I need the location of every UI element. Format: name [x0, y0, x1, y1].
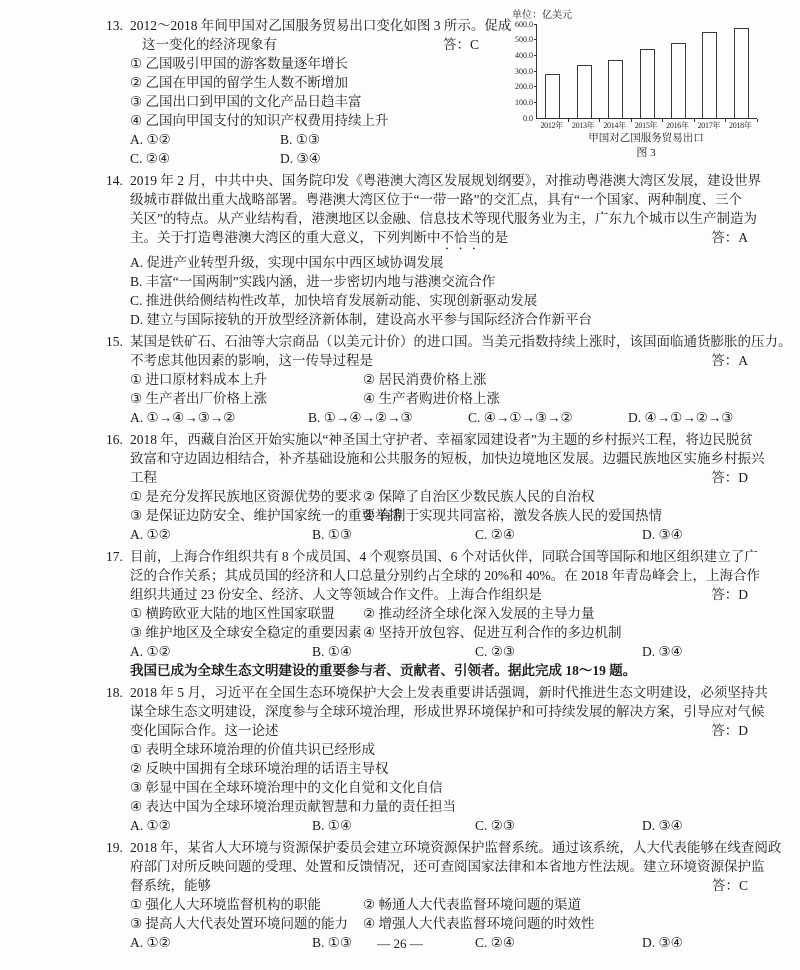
option-item: ① 强化人大环境监督机构的职能 [130, 895, 363, 914]
option-item: ④ 有利于实现共同富裕，激发各族人民的爱国热情 [363, 506, 756, 525]
stem-line: 目前，上海合作组织共有 8 个成员国、4 个观察员国、6 个对话伙伴，同联合国等… [130, 547, 756, 566]
choice-item: B. ①④ [312, 642, 475, 661]
stem-line: 某国是铁矿石、石油等大宗商品（以美元计价）的进口国。当美元指数持续上涨时，该国面… [130, 332, 756, 351]
option-grid: ① 强化人大环境监督机构的职能 ② 畅通人大代表监督环境问题的渠道 ③ 提高人大… [130, 895, 756, 933]
answer-label: 答：A [711, 351, 748, 370]
x-axis-tick [757, 119, 758, 122]
stem-line: 督系统，能够 [130, 876, 756, 895]
option-item: ④ 乙国向甲国支付的知识产权费用持续上升 [130, 111, 756, 130]
choice-item: C. 推进供给侧结构性改革，加快培育发展新动能、实现创新驱动发展 [130, 291, 756, 310]
choice-item: A. ①② [130, 816, 312, 835]
choice-grid: A. ①② B. ①③ C. ②④ D. ③④ [130, 130, 460, 168]
question-18: 18. 2018 年 5 月，习近平在全国生态环境保护大会上发表重要讲话强调，新… [100, 683, 756, 835]
option-list: ① 表明全球环境治理的价值共识已经形成 ② 反映中国拥有全球环境治理的话语主导权… [130, 740, 756, 816]
choice-item: A. ①② [130, 130, 280, 149]
question-13: 13. 2012～2018 年间甲国对乙国服务贸易出口变化如图 3 所示。促成 … [100, 16, 756, 168]
question-number: 16. [106, 430, 123, 449]
emphasized-text: 不恰当 [441, 230, 482, 245]
question-number: 18. [106, 683, 123, 702]
choice-item: D. ③④ [642, 525, 756, 544]
question-number: 17. [106, 547, 123, 566]
stem-line: 组织共通过 23 份安全、经济、人文等领域合作文件。上海合作组织是 [130, 585, 756, 604]
choice-item: A. ①② [130, 525, 312, 544]
question-number: 14. [106, 171, 123, 190]
stem-line: 泛的合作关系；其成员国的经济和人口总量分别约占全球的 20%和 40%。在 20… [130, 566, 756, 585]
stem-line: 谋全球生态文明建设，深度参与全球环境治理，形成世界环境保护和可持续发展的解决方案… [130, 702, 756, 721]
option-item: ② 居民消费价格上涨 [363, 370, 756, 389]
answer-label: 答：A [711, 228, 748, 247]
choice-item: D. ③④ [642, 642, 756, 661]
choice-item: D. 建立与国际接轨的开放型经济新体制，建设高水平参与国际经济合作新平台 [130, 310, 756, 329]
option-item: ③ 是保证边防安全、维护国家统一的重要举措 [130, 506, 363, 525]
stem-line: 关区”的特点。从产业结构看，港澳地区以金融、信息技术等现代服务业为主，广东九个城… [130, 209, 756, 228]
stem-line: 2018 年，西藏自治区开始实施以“神圣国土守护者、幸福家园建设者”为主题的乡村… [130, 430, 756, 449]
option-item: ④ 增强人大代表监督环境问题的时效性 [363, 914, 756, 933]
option-item: ① 是充分发挥民族地区资源优势的要求 [130, 487, 363, 506]
answer-label: 答：D [711, 468, 748, 487]
choice-row: A. ①② B. ①④ C. ②③ D. ③④ [130, 816, 756, 835]
question-16: 16. 2018 年，西藏自治区开始实施以“神圣国土守护者、幸福家园建设者”为主… [100, 430, 756, 544]
choice-item: A. 促进产业转型升级，实现中国东中西区域协调发展 [130, 253, 756, 272]
answer-label: 答：D [711, 721, 748, 740]
option-item: ① 进口原材料成本上升 [130, 370, 363, 389]
option-grid: ① 横跨欧亚大陆的地区性国家联盟 ② 推动经济全球化深入发展的主导力量 ③ 维护… [130, 604, 756, 642]
stem-line: 2018 年 5 月，习近平在全国生态环境保护大会上发表重要讲话强调，新时代推进… [130, 683, 756, 702]
passage-lead-in: 我国已成为全球生态文明建设的重要参与者、贡献者、引领者。据此完成 18～19 题… [100, 661, 756, 680]
option-item: ④ 表达中国为全球环境治理贡献智慧和力量的责任担当 [130, 797, 756, 816]
option-item: ④ 坚持开放包容、促进互利合作的多边机制 [363, 623, 756, 642]
question-number: 13. [106, 16, 123, 35]
choice-item: C. ④→①→③→② [468, 408, 628, 427]
choice-list: A. 促进产业转型升级，实现中国东中西区域协调发展 B. 丰富“一国两制”实践内… [130, 253, 756, 329]
choice-item: B. ①→④→②→③ [308, 408, 468, 427]
option-item: ③ 维护地区及全球安全稳定的重要因素 [130, 623, 363, 642]
answer-label: 答：C [443, 35, 479, 54]
option-item: ③ 生产者出厂价格上涨 [130, 389, 363, 408]
option-grid: ① 进口原材料成本上升 ② 居民消费价格上涨 ③ 生产者出厂价格上涨 ④ 生产者… [130, 370, 756, 408]
question-column: 13. 2012～2018 年间甲国对乙国服务贸易出口变化如图 3 所示。促成 … [100, 16, 756, 952]
choice-item: B. ①③ [312, 525, 475, 544]
stem-line: 不考虑其他因素的影响，这一传导过程是 [130, 351, 756, 370]
option-item: ① 横跨欧亚大陆的地区性国家联盟 [130, 604, 363, 623]
question-number: 15. [106, 332, 123, 351]
option-item: ③ 提高人大代表处置环境问题的能力 [130, 914, 363, 933]
stem-line: 工程 [130, 468, 756, 487]
page-number: — 26 — [0, 936, 800, 952]
choice-row: A. ①② B. ①③ C. ②④ D. ③④ [130, 525, 756, 544]
stem-line: 主。关于打造粤港澳大湾区的重大意义，下列判断中不恰当的是 [130, 228, 756, 253]
choice-item: C. ②④ [475, 525, 642, 544]
answer-label: 答：D [711, 585, 748, 604]
stem-line: 变化国际合作。这一论述 [130, 721, 756, 740]
choice-item: D. ④→①→②→③ [628, 408, 756, 427]
option-item: ② 乙国在甲国的留学生人数不断增加 [130, 73, 756, 92]
option-item: ② 推动经济全球化深入发展的主导力量 [363, 604, 756, 623]
choice-item: C. ②④ [130, 149, 280, 168]
question-14: 14. 2019 年 2 月，中共中央、国务院印发《粤港澳大湾区发展规划纲要》，… [100, 171, 756, 329]
option-item: ② 保障了自治区少数民族人民的自治权 [363, 487, 756, 506]
option-item: ① 乙国吸引甲国的游客数量逐年增长 [130, 54, 756, 73]
option-item: ② 畅通人大代表监督环境问题的渠道 [363, 895, 756, 914]
choice-row: A. ①② B. ①④ C. ②③ D. ③④ [130, 642, 756, 661]
stem-line: 级城市群做出重大战略部署。粤港澳大湾区位于“一带一路”的交汇点，具有“一个国家、… [130, 190, 756, 209]
answer-label: 答：C [712, 876, 748, 895]
choice-item: D. ③④ [642, 816, 756, 835]
option-item: ③ 乙国出口到甲国的文化产品日趋丰富 [130, 92, 756, 111]
stem-line: 2019 年 2 月，中共中央、国务院印发《粤港澳大湾区发展规划纲要》，对推动粤… [130, 171, 756, 190]
choice-item: B. 丰富“一国两制”实践内涵，进一步密切内地与港澳交流合作 [130, 272, 756, 291]
stem-line: 2012～2018 年间甲国对乙国服务贸易出口变化如图 3 所示。促成 [130, 16, 756, 35]
choice-item: C. ②③ [475, 642, 642, 661]
choice-item: D. ③④ [280, 149, 460, 168]
choice-item: A. ①→④→③→② [130, 408, 308, 427]
choice-item: C. ②③ [475, 816, 642, 835]
choice-item: B. ①④ [312, 816, 475, 835]
option-item: ① 表明全球环境治理的价值共识已经形成 [130, 740, 756, 759]
choice-item: A. ①② [130, 642, 312, 661]
option-item: ③ 彰显中国在全球环境治理中的文化自觉和文化自信 [130, 778, 756, 797]
question-19: 19. 2018 年，某省人大环境与资源保护委员会建立环境资源保护监督系统。通过… [100, 838, 756, 952]
choice-item: B. ①③ [280, 130, 460, 149]
choice-row: A. ①→④→③→② B. ①→④→②→③ C. ④→①→③→② D. ④→①→… [130, 408, 756, 427]
question-15: 15. 某国是铁矿石、石油等大宗商品（以美元计价）的进口国。当美元指数持续上涨时… [100, 332, 756, 427]
stem-line: 致富和守边固边相结合，补齐基础设施和公共服务的短板，加快边境地区发展。边疆民族地… [130, 449, 756, 468]
question-number: 19. [106, 838, 123, 857]
option-list: ① 乙国吸引甲国的游客数量逐年增长 ② 乙国在甲国的留学生人数不断增加 ③ 乙国… [130, 54, 756, 130]
question-17: 17. 目前，上海合作组织共有 8 个成员国、4 个观察员国、6 个对话伙伴，同… [100, 547, 756, 661]
option-item: ④ 生产者购进价格上涨 [363, 389, 756, 408]
exam-page: 单位：亿美元 0.0100.0200.0300.0400.0500.0600.0… [0, 0, 800, 970]
option-grid: ① 是充分发挥民族地区资源优势的要求 ② 保障了自治区少数民族人民的自治权 ③ … [130, 487, 756, 525]
option-item: ② 反映中国拥有全球环境治理的话语主导权 [130, 759, 756, 778]
stem-line: 2018 年，某省人大环境与资源保护委员会建立环境资源保护监督系统。通过该系统，… [130, 838, 756, 857]
stem-line: 府部门对所反映问题的受理、处置和反馈情况，还可查阅国家法律和本省地方性法规。建立… [130, 857, 756, 876]
